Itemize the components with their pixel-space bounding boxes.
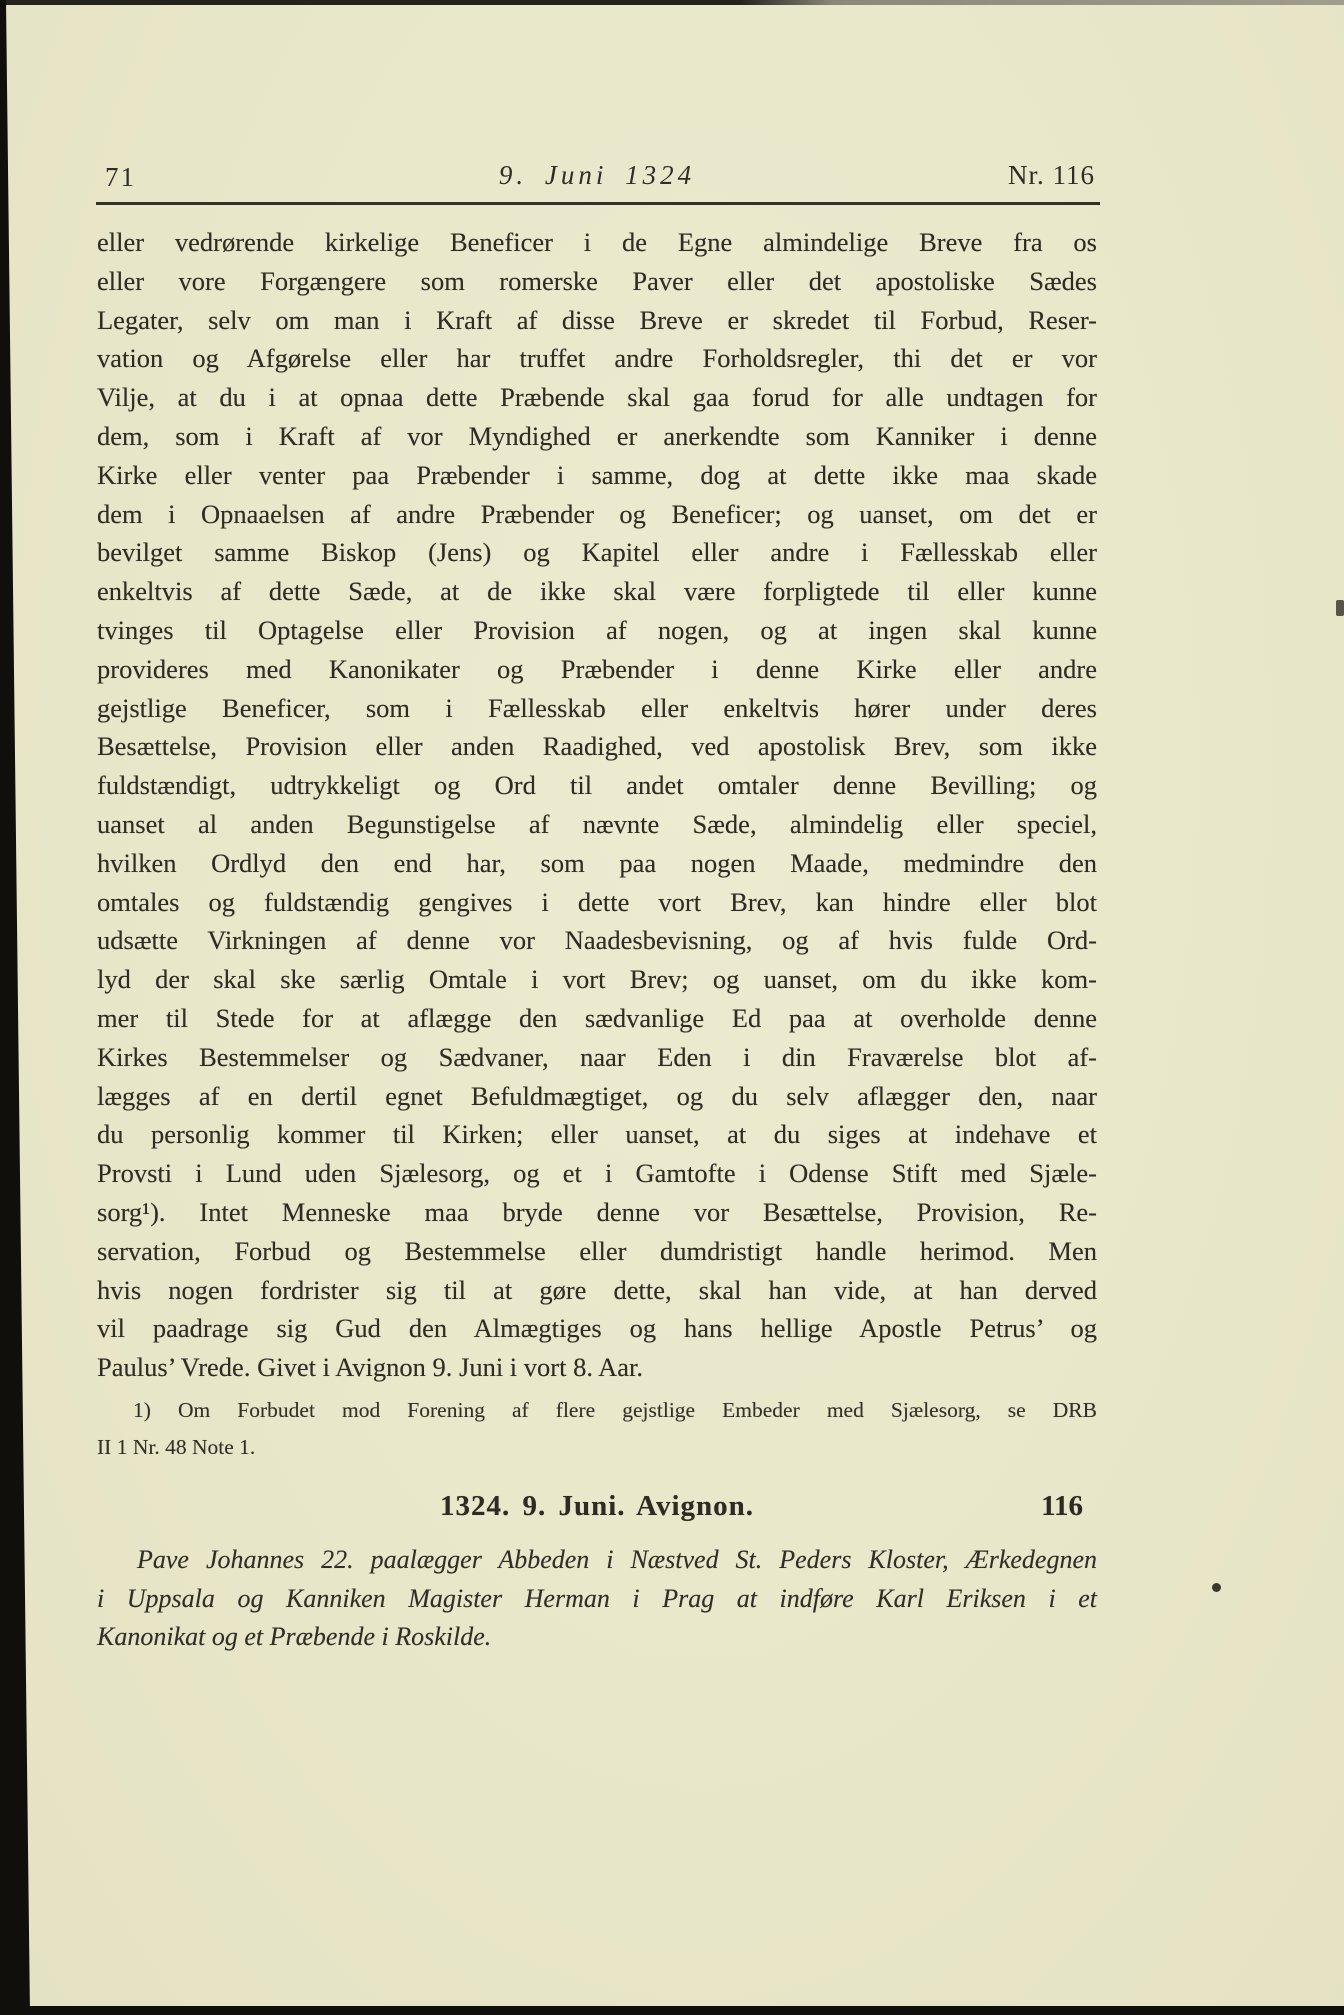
body-text-line: lægges af en dertil egnet Befuldmægtiget…	[97, 1077, 1097, 1116]
body-text-line: eller vore Forgængere som romerske Paver…	[97, 262, 1097, 301]
body-text-line: uanset al anden Begunstigelse af nævnte …	[97, 805, 1097, 844]
document-number: Nr. 116	[1008, 160, 1095, 191]
body-text-line: Besættelse, Provision eller anden Raadig…	[97, 727, 1097, 766]
body-text-line: enkeltvis af dette Sæde, at de ikke skal…	[97, 572, 1097, 611]
header-rule	[96, 202, 1100, 205]
footnote: 1) Om Forbudet mod Forening af flere gej…	[97, 1392, 1097, 1466]
scan-edge-bottom	[0, 2006, 1344, 2015]
body-text-line: tvinges til Optagelse eller Provision af…	[97, 611, 1097, 650]
body-text-line: mer til Stede for at aflægge den sædvanl…	[97, 999, 1097, 1038]
ink-speck	[1212, 1583, 1221, 1592]
footnote-line: II 1 Nr. 48 Note 1.	[97, 1429, 1097, 1466]
body-text-line: du personlig kommer til Kirken; eller ua…	[97, 1115, 1097, 1154]
body-text-line: Kirke eller venter paa Præbender i samme…	[97, 456, 1097, 495]
body-text-line: servation, Forbud og Bestemmelse eller d…	[97, 1232, 1097, 1271]
body-text-line: fuldstændigt, udtrykkeligt og Ord til an…	[97, 766, 1097, 805]
summary-text-line: Kanonikat og et Præbende i Roskilde.	[97, 1618, 1097, 1657]
body-text-line: eller vedrørende kirkelige Beneficer i d…	[97, 223, 1097, 262]
entry-date-place: 1324. 9. Juni. Avignon.	[97, 1490, 1097, 1523]
scan-edge-top	[0, 0, 1344, 5]
body-text-line: sorg¹). Intet Menneske maa bryde denne v…	[97, 1193, 1097, 1232]
body-text-line: vil paadrage sig Gud den Almægtiges og h…	[97, 1309, 1097, 1348]
running-title: 9. Juni 1324	[97, 160, 1097, 191]
body-text-line: vation og Afgørelse eller har truffet an…	[97, 339, 1097, 378]
body-text-line: gejstlige Beneficer, som i Fællesskab el…	[97, 689, 1097, 728]
entry-heading: 1324. 9. Juni. Avignon. 116	[97, 1490, 1097, 1530]
entry-summary-paragraph: Pave Johannes 22. paalægger Abbeden i Næ…	[97, 1541, 1097, 1657]
footnote-line: 1) Om Forbudet mod Forening af flere gej…	[97, 1392, 1097, 1429]
body-text-line: udsætte Virkningen af denne vor Naadesbe…	[97, 921, 1097, 960]
summary-text-line: Pave Johannes 22. paalægger Abbeden i Næ…	[97, 1541, 1097, 1580]
body-text-line: dem i Opnaaelsen af andre Præbender og B…	[97, 495, 1097, 534]
body-text-line: provideres med Kanonikater og Præbender …	[97, 650, 1097, 689]
body-text-line: dem, som i Kraft af vor Myndighed er ane…	[97, 417, 1097, 456]
body-text-line: omtales og fuldstændig gengives i dette …	[97, 883, 1097, 922]
body-text-line: lyd der skal ske særlig Omtale i vort Br…	[97, 960, 1097, 999]
body-text-line: Legater, selv om man i Kraft af disse Br…	[97, 301, 1097, 340]
body-text-line: Paulus’ Vrede. Givet i Avignon 9. Juni i…	[97, 1348, 1097, 1387]
body-text-line: Kirkes Bestemmelser og Sædvaner, naar Ed…	[97, 1038, 1097, 1077]
summary-text-line: i Uppsala og Kanniken Magister Herman i …	[97, 1580, 1097, 1619]
body-text-line: Provsti i Lund uden Sjælesorg, og et i G…	[97, 1154, 1097, 1193]
scan-mark-right-edge	[1336, 600, 1344, 616]
letter-body-paragraph: eller vedrørende kirkelige Beneficer i d…	[97, 223, 1097, 1387]
body-text-line: hvis nogen fordrister sig til at gøre de…	[97, 1271, 1097, 1310]
entry-number: 116	[1041, 1490, 1083, 1523]
body-text-line: Vilje, at du i at opnaa dette Præbende s…	[97, 378, 1097, 417]
body-text-line: hvilken Ordlyd den end har, som paa noge…	[97, 844, 1097, 883]
body-text-line: bevilget samme Biskop (Jens) og Kapitel …	[97, 533, 1097, 572]
page-header: 71 9. Juni 1324 Nr. 116	[97, 160, 1097, 196]
